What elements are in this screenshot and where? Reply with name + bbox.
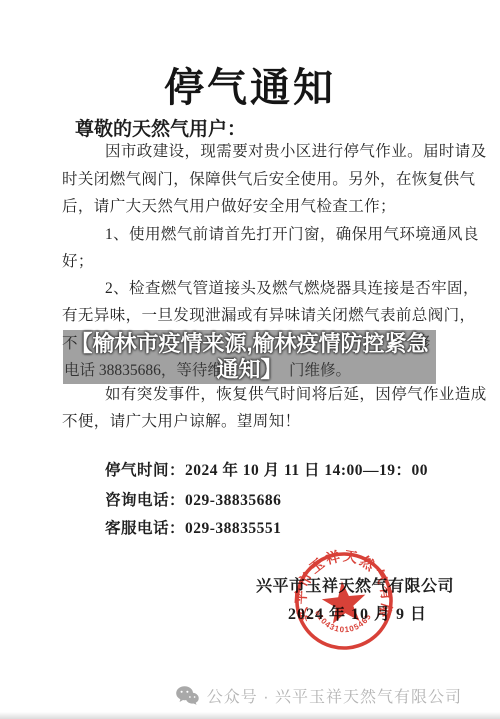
bottom-edge-shadow <box>0 712 500 719</box>
company-seal-stamp: 兴平市玉祥天然气有限公司 6104310105465 <box>278 535 410 667</box>
body-line: 如有突发事件，恢复供气时间将后延，因停气作业造成 <box>105 382 487 406</box>
body-line: 后，请广大天然气用户做好安全用气检查工作； <box>62 194 396 218</box>
seal-star-icon <box>320 579 368 625</box>
footer-source-text: 公众号 · 兴平玉祥天然气有限公司 <box>207 684 462 707</box>
caption-overlay-line2: 通知】 <box>63 357 436 383</box>
footer-attribution: 公众号 · 兴平玉祥天然气有限公司 <box>176 684 462 707</box>
service-phone-line: 客服电话：029-38835551 <box>105 516 281 538</box>
body-line: 2、检查燃气管道接头及燃气燃烧器具连接是否牢固， <box>105 276 479 300</box>
body-line: 1、使用燃气前请首先打开门窗，确保用气环境通风良 <box>105 222 479 246</box>
body-line: 时关闭燃气阀门，保障供气后安全使用。另外，在恢复供气 <box>62 167 475 191</box>
greeting-line: 尊敬的天然气用户： <box>75 114 246 141</box>
consult-phone-line: 咨询电话：029-38835686 <box>105 488 281 510</box>
stop-time-line: 停气时间：2024 年 10 月 11 日 14:00—19：00 <box>105 458 428 480</box>
caption-overlay-line1: 【榆林市疫情来源,榆林疫情防控紧急 <box>63 331 436 357</box>
wechat-icon <box>176 686 199 705</box>
notice-title: 停气通知 <box>0 56 500 113</box>
body-line: 好； <box>62 249 94 273</box>
body-line: 不便，请广大用户谅解。望周知！ <box>62 409 301 433</box>
body-line: 有无异味，一旦发现泄漏或有异味请关闭燃气表前总阀门， <box>62 303 475 327</box>
body-line: 因市政建设，现需要对贵小区进行停气作业。届时请及 <box>105 139 487 163</box>
notice-document: 停气通知 尊敬的天然气用户： 因市政建设，现需要对贵小区进行停气作业。届时请及 … <box>0 0 500 719</box>
